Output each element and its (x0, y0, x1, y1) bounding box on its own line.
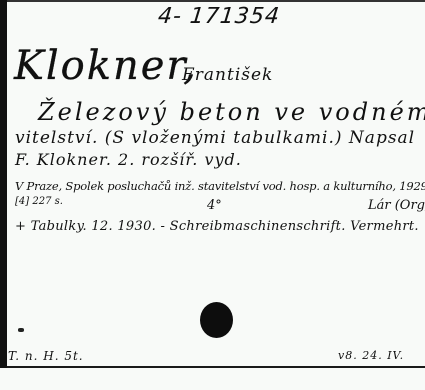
footer-right-note: v8. 24. IV. (338, 350, 404, 361)
call-number: 4- 171354 (157, 6, 281, 28)
pagination: [4] 227 s. (15, 197, 63, 207)
author-surname: Klokner, (14, 46, 198, 86)
imprint: V Praze, Spolek posluchačů inž. stavitel… (15, 181, 425, 193)
format: 4° (207, 199, 222, 212)
card-top-edge (7, 0, 425, 2)
title-line-3: F. Klokner. 2. rozšíř. vyd. (15, 152, 242, 168)
punch-hole (200, 302, 233, 338)
ink-speck (18, 328, 24, 332)
page-background (0, 368, 425, 390)
catalog-card: 4- 171354 Klokner, František Železový be… (0, 0, 425, 368)
card-left-edge (0, 0, 7, 368)
author-given-name: František (182, 67, 273, 84)
title-line-2: vitelství. (S vloženými tabulkami.) Naps… (15, 130, 415, 147)
title-line-1: Železový beton ve vodném sta (38, 100, 425, 124)
supplement-note: + Tabulky. 12. 1930. - Schreibmaschinens… (15, 220, 419, 233)
footer-left-note: T. n. H. 5t. (8, 350, 84, 362)
binding-note: Lár (Org) (368, 199, 425, 212)
